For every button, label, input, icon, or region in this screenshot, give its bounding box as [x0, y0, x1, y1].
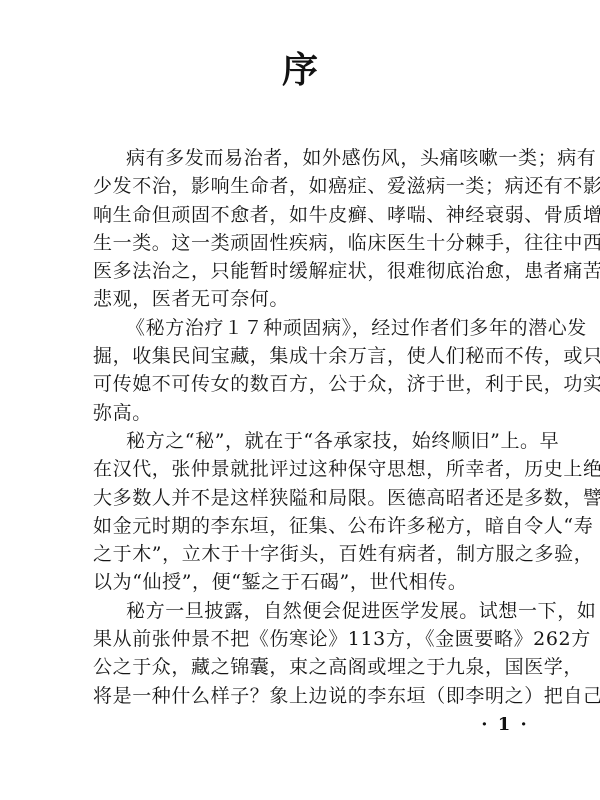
text-line: 弥高。 [93, 399, 563, 427]
text-line: 如金元时期的李东垣，征集、公布许多秘方，暗自令人“寿 [93, 512, 563, 540]
text-line: 生一类。这一类顽固性疾病，临床医生十分棘手，往往中西 [93, 229, 563, 257]
text-line: 悲观，医者无可奈何。 [93, 285, 563, 313]
text-line: 以为“仙授”，便“錾之于石碣”，世代相传。 [93, 568, 563, 596]
page-number: · 1 · [480, 714, 530, 735]
text-line: 公之于众，藏之锦囊，束之高阁或埋之于九泉，国医学， [93, 653, 563, 681]
text-line: 之于木”，立木于十字街头，百姓有病者，制方服之多验， [93, 540, 563, 568]
text-line: 果从前张仲景不把《伤寒论》113方，《金匮要略》262方 [93, 625, 563, 653]
text-line: 掘，收集民间宝藏，集成十余万言，使人们秘而不传，或只 [93, 342, 563, 370]
text-line: 少发不治，影响生命者，如癌症、爱滋病一类；病还有不影 [93, 172, 563, 200]
text-line: 将是一种什么样子？象上边说的李东垣（即李明之）把自己 [93, 682, 563, 710]
page-title: 序 [0, 48, 600, 92]
text-line: 病有多发而易治者，如外感伤风，头痛咳嗽一类；病有 [93, 144, 563, 172]
text-line: 响生命但顽固不愈者，如牛皮癣、哮喘、神经衰弱、骨质增 [93, 201, 563, 229]
text-line: 秘方之“秘”，就在于“各承家技，始终顺旧”上。早 [93, 427, 563, 455]
text-line: 秘方一旦披露，自然便会促进医学发展。试想一下，如 [93, 597, 563, 625]
body-text: 病有多发而易治者，如外感伤风，头痛咳嗽一类；病有少发不治，影响生命者，如癌症、爱… [93, 144, 563, 710]
text-line: 大多数人并不是这样狭隘和局限。医德高昭者还是多数，譬 [93, 484, 563, 512]
text-line: 《秘方治疗１７种顽固病》，经过作者们多年的潜心发 [93, 314, 563, 342]
text-line: 可传媳不可传女的数百方，公于众，济于世，利于民，功实 [93, 370, 563, 398]
text-line: 在汉代，张仲景就批评过这种保守思想，所幸者，历史上绝 [93, 455, 563, 483]
text-line: 医多法治之，只能暂时缓解症状，很难彻底治愈，患者痛苦 [93, 257, 563, 285]
